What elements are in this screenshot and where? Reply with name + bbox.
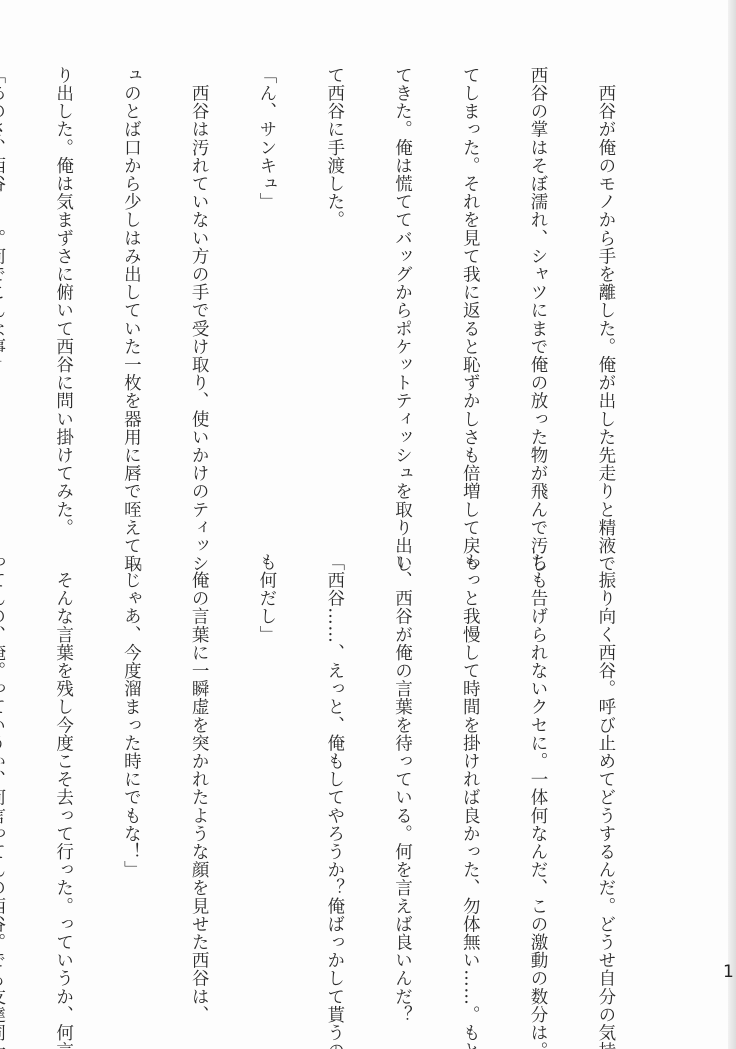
page-edge-shadow [728, 0, 736, 1049]
text-line: 西谷は汚れていない方の手で受け取り、使いかけのティッシ [188, 66, 211, 521]
text-line: ってんの、俺。っていうか、何言ってんの西谷。でも友達同士 [0, 553, 7, 983]
text-line: 「西谷……、えっと、俺もしてやろうか？俺ばっかして貰うの [323, 553, 346, 983]
text-line: い、西谷が俺の言葉を待っている。何を言えば良いんだ？ [391, 553, 414, 983]
text-line: も何だし」 [255, 553, 278, 983]
page-number: 1 [723, 962, 734, 982]
lower-text-block: 振り向く西谷。呼び止めてどうするんだ。どうせ自分の気持 ちも告げられないクセに。… [62, 553, 662, 983]
text-line: そんな言葉を残し今度こそ去って行った。っていうか、何言 [52, 553, 75, 983]
text-line: り出した。俺は気まずさに俯いて西谷に問い掛けてみた。 [52, 66, 75, 521]
text-line: 西谷の掌はそぼ濡れ、シャツにまで俺の放った物が飛んで汚し [526, 66, 549, 521]
text-line: てしまった。それを見て我に返ると恥ずかしさも倍増して戻っ [459, 66, 482, 521]
text-line: 西谷が俺のモノから手を離した。俺が出した先走りと精液で [594, 66, 617, 521]
text-line: 俺の言葉に一瞬虚を突かれたような顔を見せた西谷は、 [188, 553, 211, 983]
text-line: もっと我慢して時間を掛ければ良かった、勿体無い……。もと [459, 553, 482, 983]
text-line: 「じゃあ、今度溜まった時にでもな！」 [120, 553, 143, 983]
text-line: 「ん、サンキュ」 [255, 66, 278, 521]
text-line: 振り向く西谷。呼び止めてどうするんだ。どうせ自分の気持 [594, 553, 617, 983]
text-line: てきた。俺は慌ててバッグからポケットティッシュを取り出し [391, 66, 414, 521]
text-line: て西谷に手渡した。 [323, 66, 346, 521]
text-line: 「あのさ、西谷……。何でこんな事」 [0, 66, 7, 521]
text-line: ちも告げられないクセに。一体何なんだ、この激動の数分は。 [526, 553, 549, 983]
text-line: ュのとば口から少しはみ出していた一枚を器用に唇で咥えて取 [120, 66, 143, 521]
upper-text-block: 西谷が俺のモノから手を離した。俺が出した先走りと精液で 西谷の掌はそぼ濡れ、シャ… [62, 66, 662, 521]
